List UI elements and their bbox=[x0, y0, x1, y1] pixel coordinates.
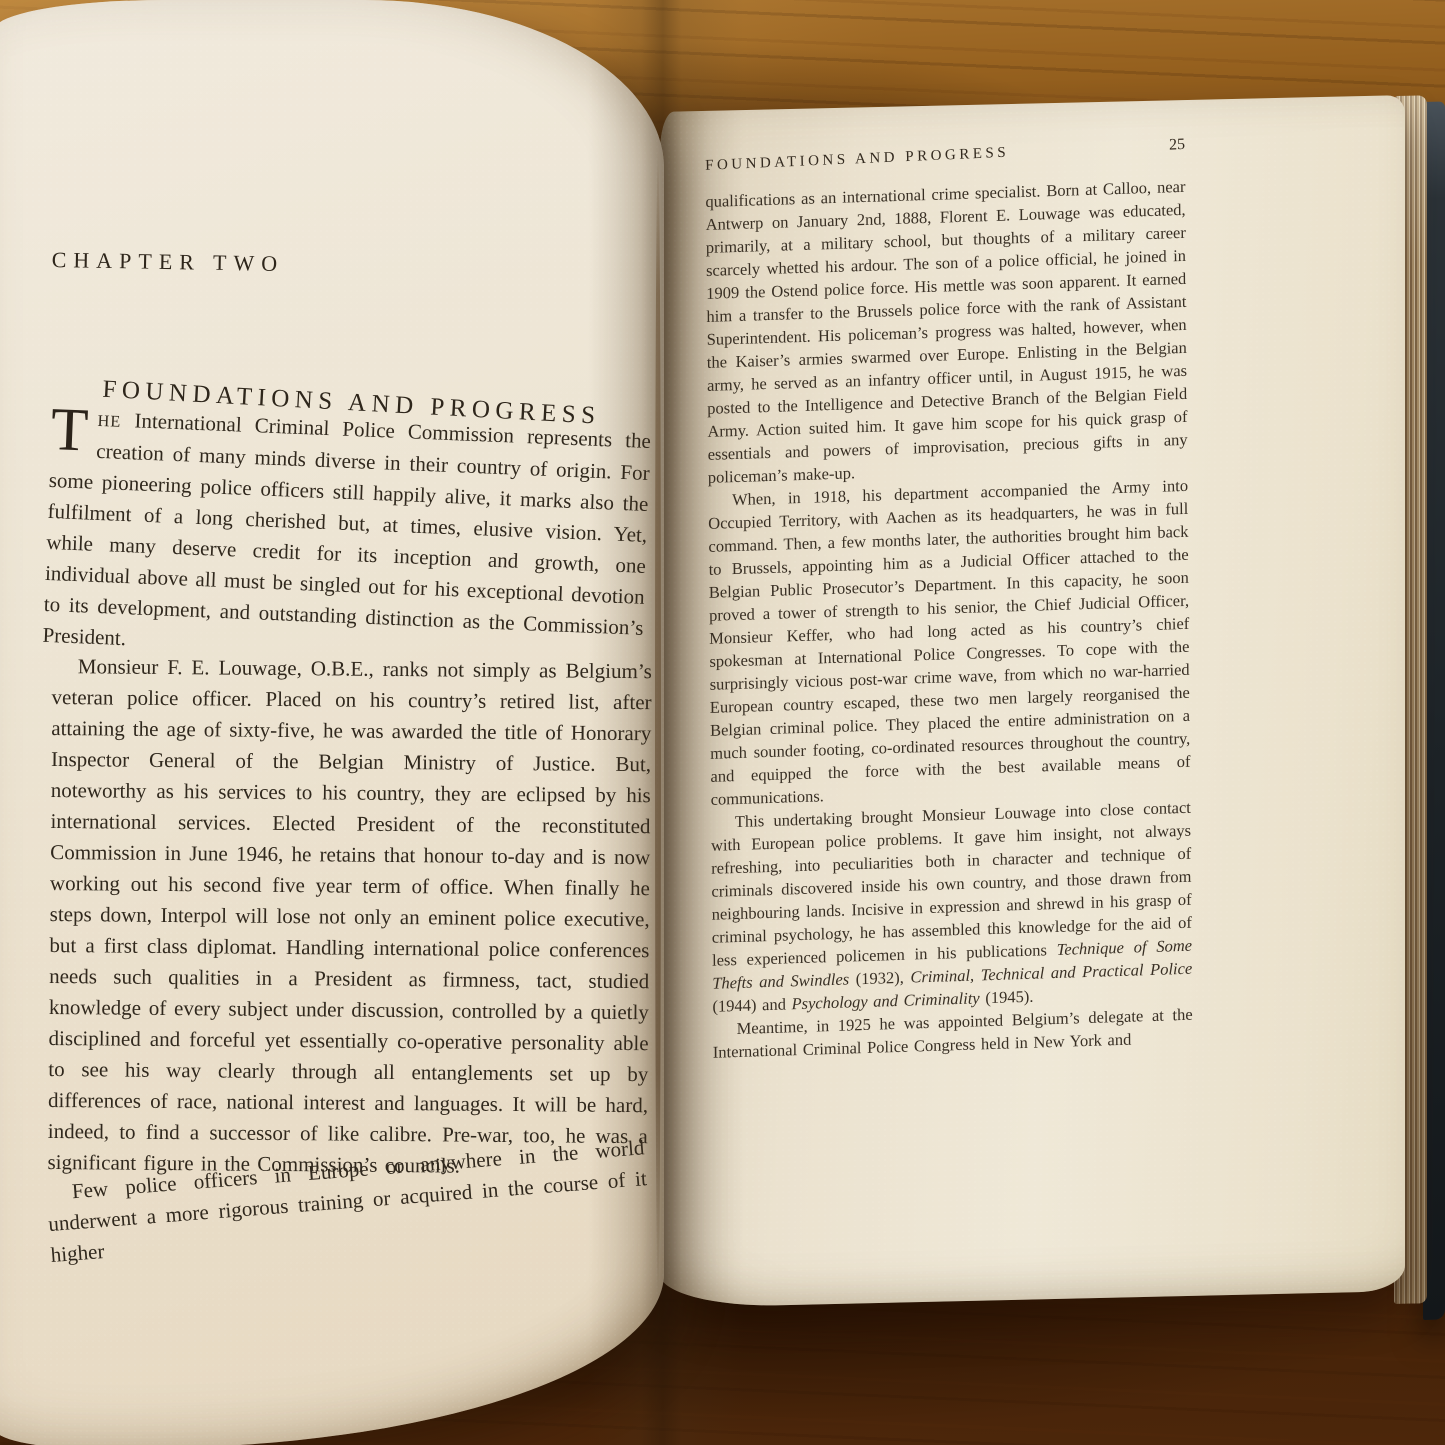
chapter-label: CHAPTER TWO bbox=[51, 244, 651, 285]
page-number: 25 bbox=[1169, 133, 1185, 157]
paragraph-text: International Criminal Police Commission… bbox=[42, 408, 651, 650]
small-caps: HE bbox=[97, 411, 122, 431]
drop-cap: T bbox=[50, 402, 98, 457]
body-paragraph: THE International Criminal Police Commis… bbox=[42, 402, 652, 675]
body-paragraph: When, in 1918, his department accompanie… bbox=[708, 474, 1191, 811]
right-page: FOUNDATIONS AND PROGRESS 25 qualificatio… bbox=[660, 95, 1405, 1308]
running-header-row: FOUNDATIONS AND PROGRESS 25 bbox=[705, 133, 1185, 178]
body-paragraph: Monsieur F. E. Louwage, O.B.E., ranks no… bbox=[47, 651, 652, 1183]
left-page-text: CHAPTER TWO FOUNDATIONS AND PROGRESS THE… bbox=[52, 244, 652, 1271]
body-paragraph: qualifications as an international crime… bbox=[705, 175, 1188, 489]
book-photo: FOUNDATIONS AND PROGRESS 25 qualificatio… bbox=[0, 0, 1445, 1445]
left-page: CHAPTER TWO FOUNDATIONS AND PROGRESS THE… bbox=[0, 0, 664, 1445]
body-paragraph: This undertaking brought Monsieur Louwag… bbox=[711, 796, 1193, 1018]
running-header: FOUNDATIONS AND PROGRESS bbox=[705, 142, 1009, 178]
right-page-text: FOUNDATIONS AND PROGRESS 25 qualificatio… bbox=[705, 136, 1193, 1064]
